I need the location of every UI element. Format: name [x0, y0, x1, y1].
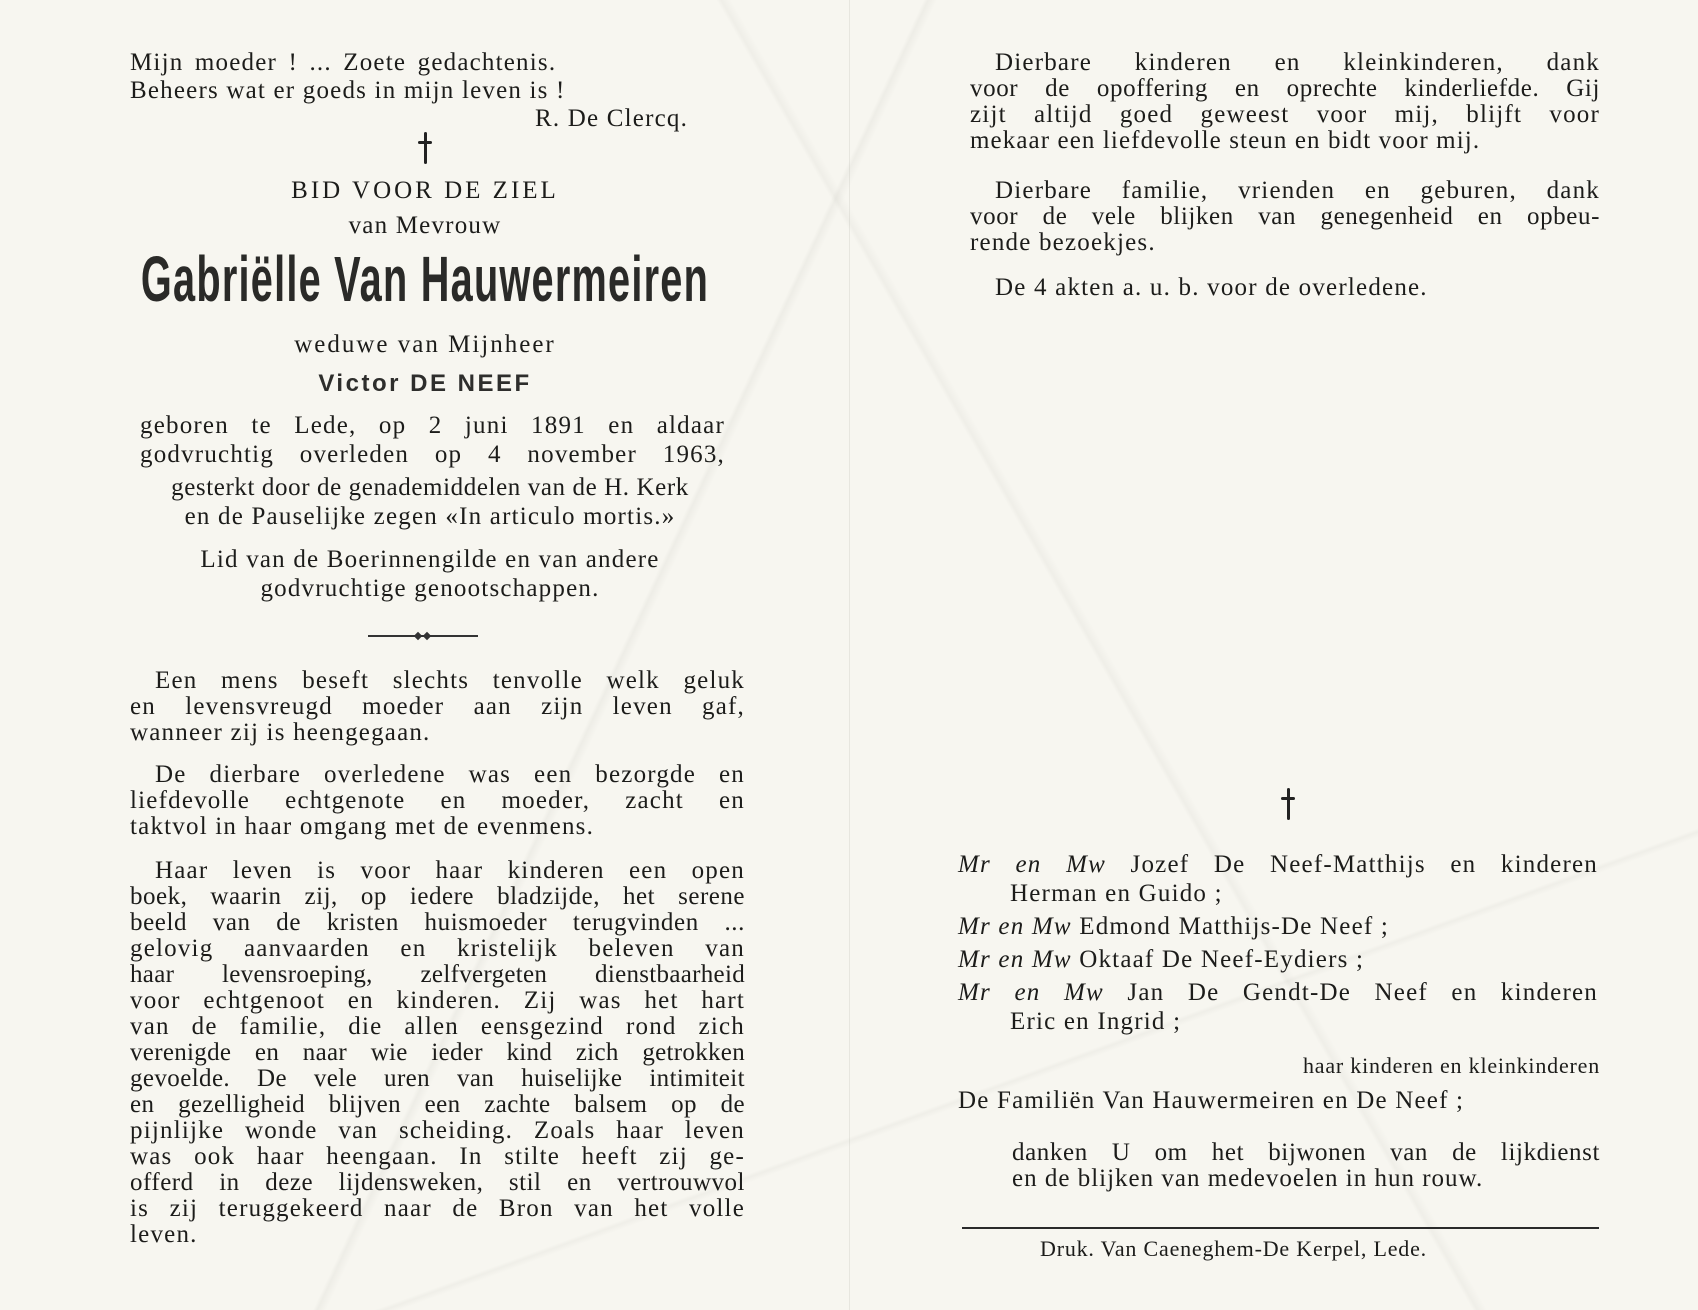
biography-line: en de Pauselijke zegen «In articulo mort…	[130, 504, 730, 533]
paragraph-line: Dierbare familie, vrienden en geburen, d…	[970, 178, 1600, 204]
paragraph-line: liefdevolle echtgenote en moeder, zacht …	[130, 788, 745, 814]
family-member: Mr en Mw Jan De Gendt-De Neef en kindere…	[958, 980, 1598, 1009]
family-name: Edmond Matthijs-De Neef ;	[1079, 913, 1389, 940]
family-name: Jan De Gendt-De Neef en kinderen	[1127, 979, 1598, 1006]
paragraph-line: haar levensroeping, zelfvergeten dienstb…	[130, 962, 745, 988]
families-line: De Familiën Van Hauwermeiren en De Neef …	[958, 1088, 1464, 1114]
thanks-attendance: danken U om het bijwonen van de lijkdien…	[1012, 1140, 1600, 1192]
membership-line: Lid van de Boerinnengilde en van andere	[130, 547, 730, 576]
family-children: Herman en Guido ;	[958, 881, 1598, 914]
family-member: Mr en Mw Jozef De Neef-Matthijs en kinde…	[958, 852, 1598, 881]
memorial-card: Mijn moeder ! ... Zoete gedachtenis. Beh…	[0, 0, 1698, 1310]
paragraph-line: was ook haar heengaan. In stilte heeft z…	[130, 1144, 745, 1170]
widow-of: weduwe van Mijnheer	[130, 332, 720, 358]
paragraph-line: Dierbare kinderen en kleinkinderen, dank	[970, 50, 1600, 76]
thanks-line: en de blijken van medevoelen in hun rouw…	[1012, 1166, 1600, 1192]
left-panel: Mijn moeder ! ... Zoete gedachtenis. Beh…	[130, 0, 745, 1310]
ornament-divider-icon	[368, 633, 478, 639]
paragraph-line: taktvol in haar omgang met de evenmens.	[130, 814, 745, 840]
paragraph-line: offerd in deze lijdensweken, stil en ver…	[130, 1170, 745, 1196]
honorific: van Mevrouw	[130, 213, 720, 239]
acts-request: De 4 akten a. u. b. voor de overledene.	[995, 275, 1428, 301]
family-name: Oktaaf De Neef-Eydiers ;	[1079, 946, 1364, 973]
membership-block: Lid van de Boerinnengilde en van andere …	[130, 547, 730, 605]
paragraph-3: Haar leven is voor haar kinderen een ope…	[130, 858, 745, 1248]
card-fold-line	[849, 0, 850, 1310]
thanks-children-paragraph: Dierbare kinderen en kleinkinderen, dank…	[970, 50, 1600, 154]
thanks-family-paragraph: Dierbare familie, vrienden en geburen, d…	[970, 178, 1600, 256]
paragraph-line: en levensvreugd moeder aan zijn leven ga…	[130, 694, 745, 720]
paragraph-1: Een mens beseft slechts tenvolle welk ge…	[130, 668, 745, 746]
cross-icon	[418, 132, 432, 164]
quote-line-1: Mijn moeder ! ... Zoete gedachtenis.	[130, 50, 556, 76]
family-name: Jozef De Neef-Matthijs en kinderen	[1131, 851, 1598, 878]
paragraph-line: voor echtgenoot en kinderen. Zij was het…	[130, 988, 745, 1014]
biography-block: geboren te Lede, op 2 juni 1891 en aldaa…	[130, 413, 730, 533]
paragraph-line: en gezelligheid blijven een zachte balse…	[130, 1092, 745, 1118]
deceased-name: Gabriëlle Van Hauwermeiren	[118, 242, 732, 316]
printer-credit: Druk. Van Caeneghem-De Kerpel, Lede.	[1040, 1236, 1427, 1262]
paragraph-line: boek, waarin zij, op iedere bladzijde, h…	[130, 884, 745, 910]
paragraph-line: pijnlijke wonde van scheiding. Zoals haa…	[130, 1118, 745, 1144]
quote-line-2: Beheers wat er goeds in mijn leven is !	[130, 78, 566, 104]
paragraph-2: De dierbare overledene was een bezorgde …	[130, 762, 745, 840]
cross-icon	[1281, 788, 1295, 820]
biography-line: geboren te Lede, op 2 juni 1891 en aldaa…	[130, 413, 730, 442]
paragraph-line: Haar leven is voor haar kinderen een ope…	[130, 858, 745, 884]
paragraph-line: mekaar een liefdevolle steun en bidt voo…	[970, 128, 1600, 154]
relation-note: haar kinderen en kleinkinderen	[1303, 1053, 1600, 1079]
paragraph-line: rende bezoekjes.	[970, 230, 1600, 256]
printer-rule	[962, 1227, 1599, 1229]
quote-author: R. De Clercq.	[535, 106, 688, 132]
paragraph-line: beeld van de kristen huismoeder terugvin…	[130, 910, 745, 936]
family-member: Mr en Mw Oktaaf De Neef-Eydiers ;	[958, 947, 1598, 980]
family-list: Mr en Mw Jozef De Neef-Matthijs en kinde…	[958, 852, 1598, 1038]
paragraph-line: gevoelde. De vele uren van huiselijke in…	[130, 1066, 745, 1092]
paragraph-line: voor de opoffering en oprechte kinderlie…	[970, 76, 1600, 102]
paragraph-line: is zij teruggekeerd naar de Bron van het…	[130, 1196, 745, 1222]
paragraph-line: voor de vele blijken van genegenheid en …	[970, 204, 1600, 230]
membership-line: godvruchtige genootschappen.	[130, 576, 730, 605]
paragraph-line: zijt altijd goed geweest voor mij, blijf…	[970, 102, 1600, 128]
spouse-name: Victor DE NEEF	[130, 370, 720, 398]
family-prefix: Mr en Mw	[958, 979, 1104, 1006]
right-panel: Dierbare kinderen en kleinkinderen, dank…	[970, 0, 1600, 1310]
paragraph-line: wanneer zij is heengegaan.	[130, 720, 745, 746]
paragraph-line: gelovig aanvaarden en kristelijk beleven…	[130, 936, 745, 962]
family-prefix: Mr en Mw	[958, 851, 1106, 878]
paragraph-line: verenigde en naar wie ieder kind zich ge…	[130, 1040, 745, 1066]
paragraph-line: van de familie, die allen eensgezind ron…	[130, 1014, 745, 1040]
prayer-heading: BID VOOR DE ZIEL	[130, 178, 720, 204]
family-member: Mr en Mw Edmond Matthijs-De Neef ;	[958, 914, 1598, 947]
biography-line: godvruchtig overleden op 4 november 1963…	[130, 442, 730, 475]
paragraph-line: Een mens beseft slechts tenvolle welk ge…	[130, 668, 745, 694]
thanks-line: danken U om het bijwonen van de lijkdien…	[1012, 1140, 1600, 1166]
deceased-name-wrap: Gabriëlle Van Hauwermeiren	[0, 242, 920, 316]
paragraph-line: De dierbare overledene was een bezorgde …	[130, 762, 745, 788]
biography-line: gesterkt door de genademiddelen van de H…	[130, 475, 730, 504]
family-children: Eric en Ingrid ;	[958, 1009, 1598, 1038]
family-prefix: Mr en Mw	[958, 913, 1072, 940]
paragraph-line: leven.	[130, 1222, 745, 1248]
family-prefix: Mr en Mw	[958, 946, 1072, 973]
